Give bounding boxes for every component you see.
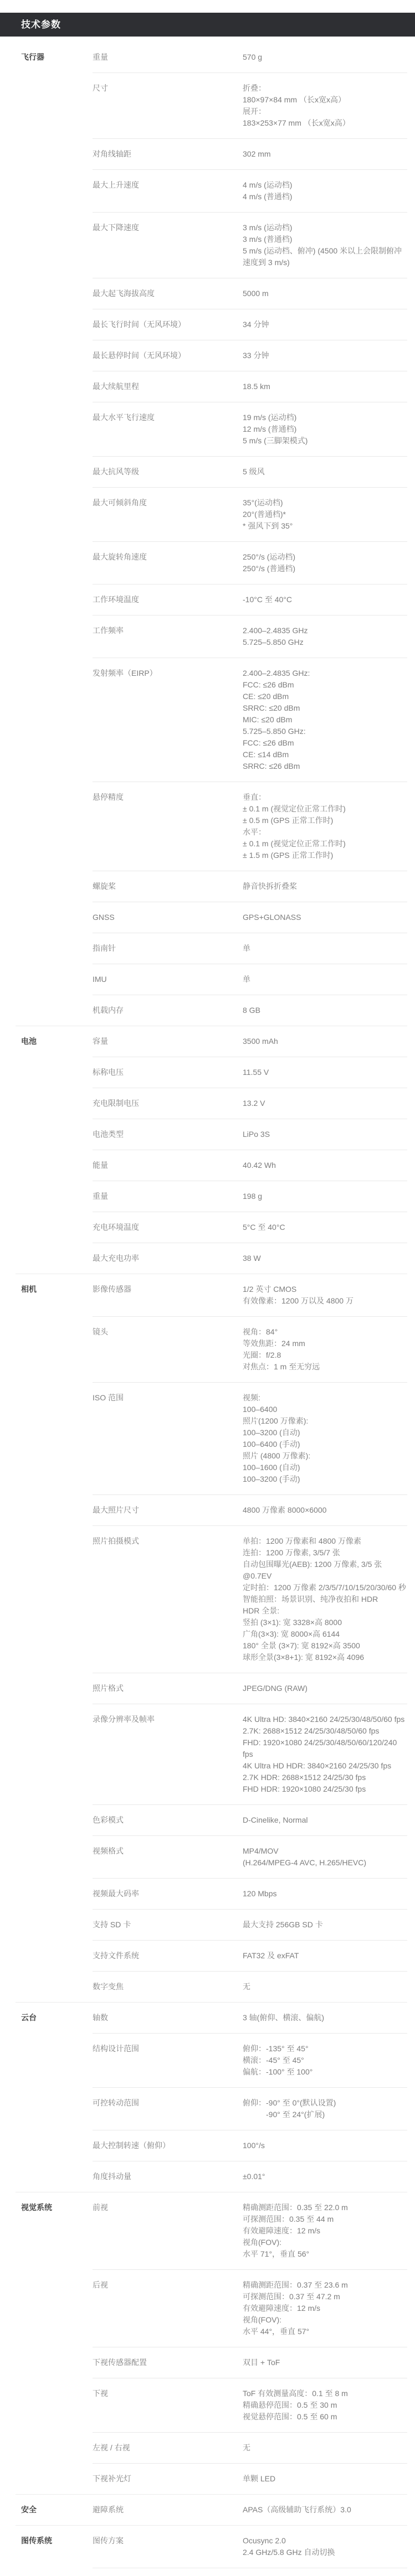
spec-value-line: 单拍：1200 万像素和 4800 万像素 bbox=[243, 1535, 407, 1547]
spec-row: 数字变焦无 bbox=[93, 1971, 407, 2002]
spec-label: 悬停精度 bbox=[93, 792, 243, 861]
spec-value-line: 可探测范围：0.35 至 44 m bbox=[243, 2213, 407, 2225]
spec-value: 双目 + ToF bbox=[243, 2357, 407, 2368]
spec-value: 40.42 Wh bbox=[243, 1160, 407, 1171]
spec-value-line: 183×253×77 mm （长x宽x高） bbox=[243, 117, 407, 129]
spec-value-line: 连拍：1200 万像素, 3/5/7 张 bbox=[243, 1547, 407, 1559]
spec-value-line: 2.7K: 2688×1512 24/25/30/48/50/60 fps bbox=[243, 1725, 407, 1737]
spec-label: 充电限制电压 bbox=[93, 1098, 243, 1109]
spec-value: 34 分钟 bbox=[243, 319, 407, 330]
spec-value: ToF 有效测量高度：0.1 至 8 m精确悬停范围：0.5 至 30 m视觉悬… bbox=[243, 2388, 407, 2423]
spec-value-line: ±0.01° bbox=[243, 2171, 407, 2182]
spec-page: 技术参数 飞行器重量570 g尺寸折叠：180×97×84 mm （长x宽x高）… bbox=[0, 0, 415, 2576]
spec-row: 前视精确测距范围：0.35 至 22.0 m可探测范围：0.35 至 44 m有… bbox=[93, 2192, 407, 2269]
spec-value-line: FCC: ≤26 dBm bbox=[243, 737, 407, 749]
spec-label: 最大起飞海拔高度 bbox=[93, 288, 243, 299]
spec-value-line: 302 mm bbox=[243, 148, 407, 160]
spec-value-line: FAT32 及 exFAT bbox=[243, 1950, 407, 1962]
section-rows: 图传方案Ocusync 2.02.4 GHz/5.8 GHz 自动切换 bbox=[93, 2526, 407, 2568]
spec-value-line: 定时拍：1200 万像素 2/3/5/7/10/15/20/30/60 秒 bbox=[243, 1582, 407, 1594]
spec-row: 最大抗风等级5 级风 bbox=[93, 456, 407, 487]
spec-row: 录像分辨率及帧率4K Ultra HD: 3840×2160 24/25/30/… bbox=[93, 1704, 407, 1804]
spec-value-line: 3 m/s (普通档) bbox=[243, 234, 407, 245]
spec-label: 轴数 bbox=[93, 2012, 243, 2024]
spec-label: 支持 SD 卡 bbox=[93, 1919, 243, 1931]
spec-label: 角度抖动量 bbox=[93, 2171, 243, 2182]
spec-value: 4K Ultra HD: 3840×2160 24/25/30/48/50/60… bbox=[243, 1714, 407, 1795]
spec-label: 螺旋桨 bbox=[93, 881, 243, 892]
spec-value-line: 竖拍 (3×1): 宽 3328×高 8000 bbox=[243, 1617, 407, 1628]
spec-label: 下视补光灯 bbox=[93, 2473, 243, 2485]
spec-value-line: 智能拍照：场景识别、纯净夜拍和 HDR bbox=[243, 1594, 407, 1605]
spec-label: 最大可倾斜角度 bbox=[93, 497, 243, 532]
spec-value: 4800 万像素 8000×6000 bbox=[243, 1504, 407, 1516]
spec-value-line: 1/2 英寸 CMOS bbox=[243, 1284, 407, 1295]
spec-value-line: 5000 m bbox=[243, 288, 407, 299]
spec-value-line: 视角(FOV): bbox=[243, 2314, 407, 2326]
spec-value: 单拍：1200 万像素和 4800 万像素连拍：1200 万像素, 3/5/7 … bbox=[243, 1535, 407, 1663]
spec-label: ISO 范围 bbox=[93, 1392, 243, 1485]
spec-row: 对角线轴距302 mm bbox=[93, 138, 407, 169]
spec-label: 对角线轴距 bbox=[93, 148, 243, 160]
spec-value-line: ± 0.1 m (视觉定位正常工作时) bbox=[243, 803, 407, 815]
spec-row: 影像传感器1/2 英寸 CMOS有效像素：1200 万以及 4800 万 bbox=[93, 1274, 407, 1316]
spec-section: 相机影像传感器1/2 英寸 CMOS有效像素：1200 万以及 4800 万镜头… bbox=[16, 1274, 407, 2002]
spec-value: 无 bbox=[243, 1981, 407, 1993]
spec-value-line: 120 Mbps bbox=[243, 1888, 407, 1900]
spec-section: 电池容量3500 mAh标称电压11.55 V充电限制电压13.2 V电池类型L… bbox=[16, 1026, 407, 1274]
spec-value-line: FHD HDR: 1920×1080 24/25/30 fps bbox=[243, 1783, 407, 1795]
spec-row: 最大旋转角速度250°/s (运动档)250°/s (普通档) bbox=[93, 541, 407, 584]
spec-table: 飞行器重量570 g尺寸折叠：180×97×84 mm （长x宽x高）展开：18… bbox=[0, 37, 415, 2576]
section-rows: 轴数3 轴(俯仰、横滚、偏航)结构设计范围俯仰：-135° 至 45°横滚：-4… bbox=[93, 2003, 407, 2192]
spec-value-line: 广角(3×3): 宽 8000×高 6144 bbox=[243, 1628, 407, 1640]
spec-value-line: 4 m/s (普通档) bbox=[243, 191, 407, 203]
spec-value-line: 250°/s (运动档) bbox=[243, 551, 407, 563]
spec-value-line: 40.42 Wh bbox=[243, 1160, 407, 1171]
spec-value: MP4/MOV(H.264/MPEG-4 AVC, H.265/HEVC) bbox=[243, 1845, 407, 1869]
spec-value: 19 m/s (运动档)12 m/s (普通档)5 m/s (三脚架模式) bbox=[243, 412, 407, 447]
spec-row: 镜头视角：84°等效焦距：24 mm光圈：f/2.8对焦点：1 m 至无穷远 bbox=[93, 1316, 407, 1382]
spec-row: 尺寸折叠：180×97×84 mm （长x宽x高）展开：183×253×77 m… bbox=[93, 73, 407, 138]
spec-row: 最大下降速度3 m/s (运动档)3 m/s (普通档)5 m/s (运动档、俯… bbox=[93, 212, 407, 278]
spec-value: 最大支持 256GB SD 卡 bbox=[243, 1919, 407, 1931]
spec-value-line: 5 m/s (运动档、俯冲) (4500 米以上会限制俯冲速度到 3 m/s) bbox=[243, 245, 407, 268]
spec-value-line: HDR 全景: bbox=[243, 1605, 407, 1617]
spec-value: 5 级风 bbox=[243, 466, 407, 478]
spec-label: 最大控制转速（俯仰） bbox=[93, 2140, 243, 2151]
spec-value-line: 100–1600 (自动) bbox=[243, 1462, 407, 1473]
section-rows: 容量3500 mAh标称电压11.55 V充电限制电压13.2 V电池类型LiP… bbox=[93, 1026, 407, 1274]
spec-value-line: 视觉悬停范围：0.5 至 60 m bbox=[243, 2411, 407, 2423]
spec-value-line: 33 分钟 bbox=[243, 350, 407, 361]
spec-label: 避障系统 bbox=[93, 2504, 243, 2516]
spec-value-line: 光圈：f/2.8 bbox=[243, 1349, 407, 1361]
spec-row: 结构设计范围俯仰：-135° 至 45°横滚：-45° 至 45°偏航：-100… bbox=[93, 2033, 407, 2087]
spec-value-line: ± 0.1 m (视觉定位正常工作时) bbox=[243, 838, 407, 850]
spec-value-line: 38 W bbox=[243, 1253, 407, 1264]
spec-row: 照片格式JPEG/DNG (RAW) bbox=[93, 1673, 407, 1704]
spec-row: 发射频率（EIRP）2.400–2.4835 GHz:FCC: ≤26 dBmC… bbox=[93, 658, 407, 782]
spec-label: 最大上升速度 bbox=[93, 179, 243, 203]
spec-row: 视频最大码率120 Mbps bbox=[93, 1878, 407, 1909]
spec-value: 俯仰：-135° 至 45°横滚：-45° 至 45°偏航：-100° 至 10… bbox=[243, 2043, 407, 2078]
spec-value: 1/2 英寸 CMOS有效像素：1200 万以及 4800 万 bbox=[243, 1284, 407, 1307]
spec-label: 重量 bbox=[93, 51, 243, 63]
spec-value-line: 4 m/s (运动档) bbox=[243, 179, 407, 191]
spec-value-line: 水平 44°，垂直 57° bbox=[243, 2326, 407, 2337]
section-label: 图传系统 bbox=[16, 2526, 93, 2568]
spec-value-line: 2.7K HDR: 2688×1512 24/25/30 fps bbox=[243, 1772, 407, 1783]
spec-value-line: 3500 mAh bbox=[243, 1036, 407, 1047]
spec-value: 38 W bbox=[243, 1253, 407, 1264]
top-whitespace bbox=[0, 0, 415, 13]
spec-value-line: SRRC: ≤26 dBm bbox=[243, 761, 407, 772]
spec-value: FAT32 及 exFAT bbox=[243, 1950, 407, 1962]
spec-value-line: FCC: ≤26 dBm bbox=[243, 679, 407, 691]
section-label: 相机 bbox=[16, 1274, 93, 2002]
spec-label: 录像分辨率及帧率 bbox=[93, 1714, 243, 1795]
spec-row: 下视传感器配置双目 + ToF bbox=[93, 2347, 407, 2378]
spec-value-line: 34 分钟 bbox=[243, 319, 407, 330]
spec-label: 可控转动范围 bbox=[93, 2097, 243, 2120]
spec-value-line: 100–3200 (手动) bbox=[243, 1473, 407, 1485]
spec-value: 静音快拆折叠桨 bbox=[243, 881, 407, 892]
spec-row: 最大照片尺寸4800 万像素 8000×6000 bbox=[93, 1494, 407, 1525]
spec-row: 工作环境温度-10°C 至 40°C bbox=[93, 584, 407, 615]
spec-value-line: 有效像素：1200 万以及 4800 万 bbox=[243, 1295, 407, 1307]
spec-value-line: CE: ≤20 dBm bbox=[243, 691, 407, 702]
spec-value: 垂直：± 0.1 m (视觉定位正常工作时)± 0.5 m (GPS 正常工作时… bbox=[243, 792, 407, 861]
spec-value-line: GPS+GLONASS bbox=[243, 912, 407, 923]
spec-value: 单 bbox=[243, 974, 407, 985]
spec-row: 充电限制电压13.2 V bbox=[93, 1088, 407, 1119]
spec-label: 最长飞行时间（无风环境） bbox=[93, 319, 243, 330]
spec-row: 最大控制转速（俯仰）100°/s bbox=[93, 2130, 407, 2161]
spec-value-line: 照片 (4800 万像素): bbox=[243, 1450, 407, 1462]
spec-value: 570 g bbox=[243, 51, 407, 63]
spec-value-line: 横滚：-45° 至 45° bbox=[243, 2055, 407, 2066]
spec-row: 左视 / 右视无 bbox=[93, 2432, 407, 2463]
spec-value-line: FHD: 1920×1080 24/25/30/48/50/60/120/240… bbox=[243, 1737, 407, 1760]
spec-value-line: 自动包围曝光(AEB): 1200 万像素, 3/5 张@0.7EV bbox=[243, 1559, 407, 1582]
spec-label: 影像传感器 bbox=[93, 1284, 243, 1307]
spec-value-line: 有效避障速度：12 m/s bbox=[243, 2225, 407, 2237]
spec-label: 重量 bbox=[93, 1191, 243, 1202]
spec-value-line: 静音快拆折叠桨 bbox=[243, 881, 407, 892]
spec-row: 色彩模式D-Cinelike, Normal bbox=[93, 1804, 407, 1835]
spec-value: 11.55 V bbox=[243, 1067, 407, 1078]
spec-value-line: 3 m/s (运动档) bbox=[243, 222, 407, 234]
spec-value: 无 bbox=[243, 2442, 407, 2454]
spec-value-line: 最大支持 256GB SD 卡 bbox=[243, 1919, 407, 1931]
spec-value-line: 偏航：-100° 至 100° bbox=[243, 2066, 407, 2078]
spec-value-line: 单 bbox=[243, 943, 407, 954]
spec-value-line: APAS（高级辅助飞行系统）3.0 bbox=[243, 2504, 407, 2516]
spec-row: 最大上升速度4 m/s (运动档)4 m/s (普通档) bbox=[93, 169, 407, 212]
spec-value: 视频:100–6400照片(1200 万像素):100–3200 (自动)100… bbox=[243, 1392, 407, 1485]
spec-value-line: 4800 万像素 8000×6000 bbox=[243, 1504, 407, 1516]
spec-value: 单颗 LED bbox=[243, 2473, 407, 2485]
spec-value-line: ± 1.5 m (GPS 正常工作时) bbox=[243, 850, 407, 861]
spec-label: 前视 bbox=[93, 2202, 243, 2260]
spec-value-line: 2.4 GHz/5.8 GHz 自动切换 bbox=[243, 2547, 407, 2558]
spec-row: 下视ToF 有效测量高度：0.1 至 8 m精确悬停范围：0.5 至 30 m视… bbox=[93, 2378, 407, 2432]
spec-row: 支持文件系统FAT32 及 exFAT bbox=[93, 1940, 407, 1971]
section-rows: 影像传感器1/2 英寸 CMOS有效像素：1200 万以及 4800 万镜头视角… bbox=[93, 1274, 407, 2002]
section-label: 飞行器 bbox=[16, 42, 93, 1026]
spec-section: 图传系统图传方案Ocusync 2.02.4 GHz/5.8 GHz 自动切换 bbox=[16, 2525, 407, 2568]
spec-value-line: SRRC: ≤20 dBm bbox=[243, 702, 407, 714]
spec-value-line: 精确测距范围：0.35 至 22.0 m bbox=[243, 2202, 407, 2213]
spec-value-line: 俯仰：-135° 至 45° bbox=[243, 2043, 407, 2055]
spec-value-line: 100–3200 (自动) bbox=[243, 1427, 407, 1439]
spec-label: 照片格式 bbox=[93, 1683, 243, 1694]
spec-row: 可控转动范围俯仰：-90° 至 0°(默认设置) -90° 至 24°(扩展) bbox=[93, 2087, 407, 2130]
spec-value: 精确测距范围：0.37 至 23.6 m可探测范围：0.37 至 47.2 m有… bbox=[243, 2279, 407, 2337]
spec-row: 视频格式MP4/MOV(H.264/MPEG-4 AVC, H.265/HEVC… bbox=[93, 1835, 407, 1878]
spec-value-line: 可探测范围：0.37 至 47.2 m bbox=[243, 2291, 407, 2303]
spec-value: 5°C 至 40°C bbox=[243, 1222, 407, 1233]
spec-value-line: 垂直： bbox=[243, 792, 407, 803]
spec-row: 最大续航里程18.5 km bbox=[93, 371, 407, 402]
spec-value: 2.400–2.4835 GHz:FCC: ≤26 dBmCE: ≤20 dBm… bbox=[243, 668, 407, 772]
spec-label: 标称电压 bbox=[93, 1067, 243, 1078]
spec-value-line: 5.725–5.850 GHz: bbox=[243, 726, 407, 737]
spec-value-line: LiPo 3S bbox=[243, 1129, 407, 1140]
spec-label: 镜头 bbox=[93, 1326, 243, 1373]
spec-label: 容量 bbox=[93, 1036, 243, 1047]
spec-value: 3 轴(俯仰、横滚、偏航) bbox=[243, 2012, 407, 2024]
spec-value: 33 分钟 bbox=[243, 350, 407, 361]
spec-row: 支持 SD 卡最大支持 256GB SD 卡 bbox=[93, 1909, 407, 1940]
spec-value-line: 精确悬停范围：0.5 至 30 m bbox=[243, 2399, 407, 2411]
spec-value-line: 2.400–2.4835 GHz: bbox=[243, 668, 407, 679]
spec-row: 最长悬停时间（无风环境）33 分钟 bbox=[93, 340, 407, 371]
spec-value-line: 198 g bbox=[243, 1191, 407, 1202]
spec-label: 充电环境温度 bbox=[93, 1222, 243, 1233]
spec-label: 支持文件系统 bbox=[93, 1950, 243, 1962]
spec-label: 最大水平飞行速度 bbox=[93, 412, 243, 447]
spec-label: 下视 bbox=[93, 2388, 243, 2423]
spec-value-line: 35°(运动档) bbox=[243, 497, 407, 509]
spec-value: 8 GB bbox=[243, 1005, 407, 1016]
spec-value-line: (H.264/MPEG-4 AVC, H.265/HEVC) bbox=[243, 1857, 407, 1869]
spec-value-line: 视角：84° bbox=[243, 1326, 407, 1338]
spec-value-line: 俯仰：-90° 至 0°(默认设置) bbox=[243, 2097, 407, 2109]
section-label: 电池 bbox=[16, 1026, 93, 1274]
spec-value-line: 对焦点：1 m 至无穷远 bbox=[243, 1361, 407, 1373]
spec-row: 下视补光灯单颗 LED bbox=[93, 2463, 407, 2494]
spec-value-line: Ocusync 2.0 bbox=[243, 2535, 407, 2547]
section-label: 视觉系统 bbox=[16, 2192, 93, 2494]
spec-value-line: 5 级风 bbox=[243, 466, 407, 478]
spec-row: 能量40.42 Wh bbox=[93, 1150, 407, 1181]
spec-row: 最大水平飞行速度19 m/s (运动档)12 m/s (普通档)5 m/s (三… bbox=[93, 402, 407, 456]
spec-value-line: 水平： bbox=[243, 826, 407, 838]
spec-label: 色彩模式 bbox=[93, 1814, 243, 1826]
spec-value-line: 13.2 V bbox=[243, 1098, 407, 1109]
spec-label: 后视 bbox=[93, 2279, 243, 2337]
spec-value-line: 180° 全景 (3×7): 宽 8192×高 3500 bbox=[243, 1640, 407, 1652]
spec-row: 照片拍摄模式单拍：1200 万像素和 4800 万像素连拍：1200 万像素, … bbox=[93, 1525, 407, 1673]
spec-label: 机载内存 bbox=[93, 1005, 243, 1016]
spec-value: 3 m/s (运动档)3 m/s (普通档)5 m/s (运动档、俯冲) (45… bbox=[243, 222, 407, 268]
spec-label: 最大照片尺寸 bbox=[93, 1504, 243, 1516]
spec-row: GNSSGPS+GLONASS bbox=[93, 902, 407, 933]
spec-section: 安全避障系统APAS（高级辅助飞行系统）3.0 bbox=[16, 2494, 407, 2525]
section-label: 安全 bbox=[16, 2495, 93, 2525]
spec-value-line: 5°C 至 40°C bbox=[243, 1222, 407, 1233]
spec-section: 视觉系统前视精确测距范围：0.35 至 22.0 m可探测范围：0.35 至 4… bbox=[16, 2192, 407, 2494]
spec-label: 电池类型 bbox=[93, 1129, 243, 1140]
spec-value-line: 4K Ultra HD: 3840×2160 24/25/30/48/50/60… bbox=[243, 1714, 407, 1725]
spec-label: 工作环境温度 bbox=[93, 594, 243, 606]
page-title: 技术参数 bbox=[0, 13, 415, 37]
spec-label: 图传方案 bbox=[93, 2535, 243, 2558]
spec-value-line: 100–6400 bbox=[243, 1404, 407, 1415]
spec-value-line: 视频: bbox=[243, 1392, 407, 1404]
spec-value-line: D-Cinelike, Normal bbox=[243, 1814, 407, 1826]
spec-row: 最大充电功率38 W bbox=[93, 1243, 407, 1274]
spec-value-line: 水平 71°，垂直 56° bbox=[243, 2248, 407, 2260]
spec-value-line: 250°/s (普通档) bbox=[243, 563, 407, 575]
spec-row: 指南针单 bbox=[93, 933, 407, 964]
spec-row: 避障系统APAS（高级辅助飞行系统）3.0 bbox=[93, 2495, 407, 2525]
spec-value-line: 视角(FOV): bbox=[243, 2237, 407, 2248]
spec-value-line: 单 bbox=[243, 974, 407, 985]
spec-value: GPS+GLONASS bbox=[243, 912, 407, 923]
spec-value: 单 bbox=[243, 943, 407, 954]
spec-row: 图传方案Ocusync 2.02.4 GHz/5.8 GHz 自动切换 bbox=[93, 2526, 407, 2568]
spec-value: ±0.01° bbox=[243, 2171, 407, 2182]
spec-value-line: 无 bbox=[243, 1981, 407, 1993]
spec-row: 后视精确测距范围：0.37 至 23.6 m可探测范围：0.37 至 47.2 … bbox=[93, 2269, 407, 2347]
spec-value-line: 19 m/s (运动档) bbox=[243, 412, 407, 423]
spec-label: 左视 / 右视 bbox=[93, 2442, 243, 2454]
spec-value: 4 m/s (运动档)4 m/s (普通档) bbox=[243, 179, 407, 203]
spec-row: 最长飞行时间（无风环境）34 分钟 bbox=[93, 309, 407, 340]
spec-value: 120 Mbps bbox=[243, 1888, 407, 1900]
section-rows: 重量570 g尺寸折叠：180×97×84 mm （长x宽x高）展开：183×2… bbox=[93, 42, 407, 1026]
spec-value: 2.400–2.4835 GHz5.725–5.850 GHz bbox=[243, 625, 407, 648]
spec-row: 工作频率2.400–2.4835 GHz5.725–5.850 GHz bbox=[93, 615, 407, 658]
spec-section: 飞行器重量570 g尺寸折叠：180×97×84 mm （长x宽x高）展开：18… bbox=[16, 42, 407, 1026]
spec-label: 最大充电功率 bbox=[93, 1253, 243, 1264]
spec-row: ISO 范围视频:100–6400照片(1200 万像素):100–3200 (… bbox=[93, 1382, 407, 1494]
spec-value-line: 100–6400 (手动) bbox=[243, 1439, 407, 1450]
spec-label: 视频格式 bbox=[93, 1845, 243, 1869]
spec-row: 电池类型LiPo 3S bbox=[93, 1119, 407, 1150]
spec-row: IMU单 bbox=[93, 964, 407, 995]
spec-value-line: 无 bbox=[243, 2442, 407, 2454]
spec-value-line: 5 m/s (三脚架模式) bbox=[243, 435, 407, 447]
spec-value-line: CE: ≤14 dBm bbox=[243, 749, 407, 761]
spec-value: 35°(运动档)20°(普通档)** 强风下到 35° bbox=[243, 497, 407, 532]
spec-value-line: 20°(普通档)* bbox=[243, 509, 407, 520]
spec-value: 18.5 km bbox=[243, 381, 407, 392]
spec-value-line: 展开： bbox=[243, 106, 407, 117]
spec-value: D-Cinelike, Normal bbox=[243, 1814, 407, 1826]
spec-row: 容量3500 mAh bbox=[93, 1026, 407, 1057]
spec-label: 最大下降速度 bbox=[93, 222, 243, 268]
spec-row: 最大起飞海拔高度5000 m bbox=[93, 278, 407, 309]
spec-value-line: 12 m/s (普通档) bbox=[243, 423, 407, 435]
spec-value-line: 等效焦距：24 mm bbox=[243, 1338, 407, 1349]
spec-row: 机载内存8 GB bbox=[93, 995, 407, 1026]
spec-row: 重量198 g bbox=[93, 1181, 407, 1212]
spec-label: 工作频率 bbox=[93, 625, 243, 648]
spec-value: 折叠：180×97×84 mm （长x宽x高）展开：183×253×77 mm … bbox=[243, 82, 407, 129]
spec-value-line: 折叠： bbox=[243, 82, 407, 94]
spec-value: 13.2 V bbox=[243, 1098, 407, 1109]
spec-value-line: 18.5 km bbox=[243, 381, 407, 392]
spec-row: 螺旋桨静音快拆折叠桨 bbox=[93, 871, 407, 902]
spec-label: 最大抗风等级 bbox=[93, 466, 243, 478]
spec-value-line: 100°/s bbox=[243, 2140, 407, 2151]
spec-value: Ocusync 2.02.4 GHz/5.8 GHz 自动切换 bbox=[243, 2535, 407, 2558]
spec-value: APAS（高级辅助飞行系统）3.0 bbox=[243, 2504, 407, 2516]
spec-value-line: 2.400–2.4835 GHz bbox=[243, 625, 407, 637]
spec-section: 云台轴数3 轴(俯仰、横滚、偏航)结构设计范围俯仰：-135° 至 45°横滚：… bbox=[16, 2002, 407, 2192]
section-rows: 避障系统APAS（高级辅助飞行系统）3.0 bbox=[93, 2495, 407, 2525]
spec-value-line: 570 g bbox=[243, 51, 407, 63]
spec-row: 角度抖动量±0.01° bbox=[93, 2161, 407, 2192]
spec-value-line: 8 GB bbox=[243, 1005, 407, 1016]
spec-label: GNSS bbox=[93, 912, 243, 923]
spec-value-line: 照片(1200 万像素): bbox=[243, 1415, 407, 1427]
spec-value-line: -10°C 至 40°C bbox=[243, 594, 407, 606]
spec-value-line: ± 0.5 m (GPS 正常工作时) bbox=[243, 815, 407, 826]
spec-value-line: 球形全景(3×8+1): 宽 8192×高 4096 bbox=[243, 1652, 407, 1663]
spec-value: 5000 m bbox=[243, 288, 407, 299]
spec-value: JPEG/DNG (RAW) bbox=[243, 1683, 407, 1694]
spec-label: 结构设计范围 bbox=[93, 2043, 243, 2078]
spec-row: 悬停精度垂直：± 0.1 m (视觉定位正常工作时)± 0.5 m (GPS 正… bbox=[93, 782, 407, 871]
spec-value-line: 180×97×84 mm （长x宽x高） bbox=[243, 94, 407, 106]
spec-value-line: ToF 有效测量高度：0.1 至 8 m bbox=[243, 2388, 407, 2399]
spec-row: 最大可倾斜角度35°(运动档)20°(普通档)** 强风下到 35° bbox=[93, 487, 407, 541]
spec-value-line: * 强风下到 35° bbox=[243, 520, 407, 532]
spec-label: 能量 bbox=[93, 1160, 243, 1171]
spec-value: LiPo 3S bbox=[243, 1129, 407, 1140]
spec-value-line: -90° 至 24°(扩展) bbox=[243, 2109, 407, 2120]
spec-value-line: JPEG/DNG (RAW) bbox=[243, 1683, 407, 1694]
spec-label: 数字变焦 bbox=[93, 1981, 243, 1993]
spec-value-line: 双目 + ToF bbox=[243, 2357, 407, 2368]
spec-value-line: 精确测距范围：0.37 至 23.6 m bbox=[243, 2279, 407, 2291]
spec-value: 俯仰：-90° 至 0°(默认设置) -90° 至 24°(扩展) bbox=[243, 2097, 407, 2120]
spec-label: 最大旋转角速度 bbox=[93, 551, 243, 575]
spec-value-line: MIC: ≤20 dBm bbox=[243, 714, 407, 726]
spec-value: 302 mm bbox=[243, 148, 407, 160]
spec-value-line: 5.725–5.850 GHz bbox=[243, 637, 407, 648]
spec-label: 视频最大码率 bbox=[93, 1888, 243, 1900]
spec-label: 指南针 bbox=[93, 943, 243, 954]
spec-value-line: 单颗 LED bbox=[243, 2473, 407, 2485]
spec-row: 充电环境温度5°C 至 40°C bbox=[93, 1212, 407, 1243]
spec-row: 重量570 g bbox=[93, 42, 407, 73]
spec-value-line: 11.55 V bbox=[243, 1067, 407, 1078]
spec-value: -10°C 至 40°C bbox=[243, 594, 407, 606]
section-rows: 前视精确测距范围：0.35 至 22.0 m可探测范围：0.35 至 44 m有… bbox=[93, 2192, 407, 2494]
spec-label: 发射频率（EIRP） bbox=[93, 668, 243, 772]
spec-label: 尺寸 bbox=[93, 82, 243, 129]
spec-label: IMU bbox=[93, 974, 243, 985]
spec-label: 照片拍摄模式 bbox=[93, 1535, 243, 1663]
spec-row: 标称电压11.55 V bbox=[93, 1057, 407, 1088]
spec-value: 198 g bbox=[243, 1191, 407, 1202]
